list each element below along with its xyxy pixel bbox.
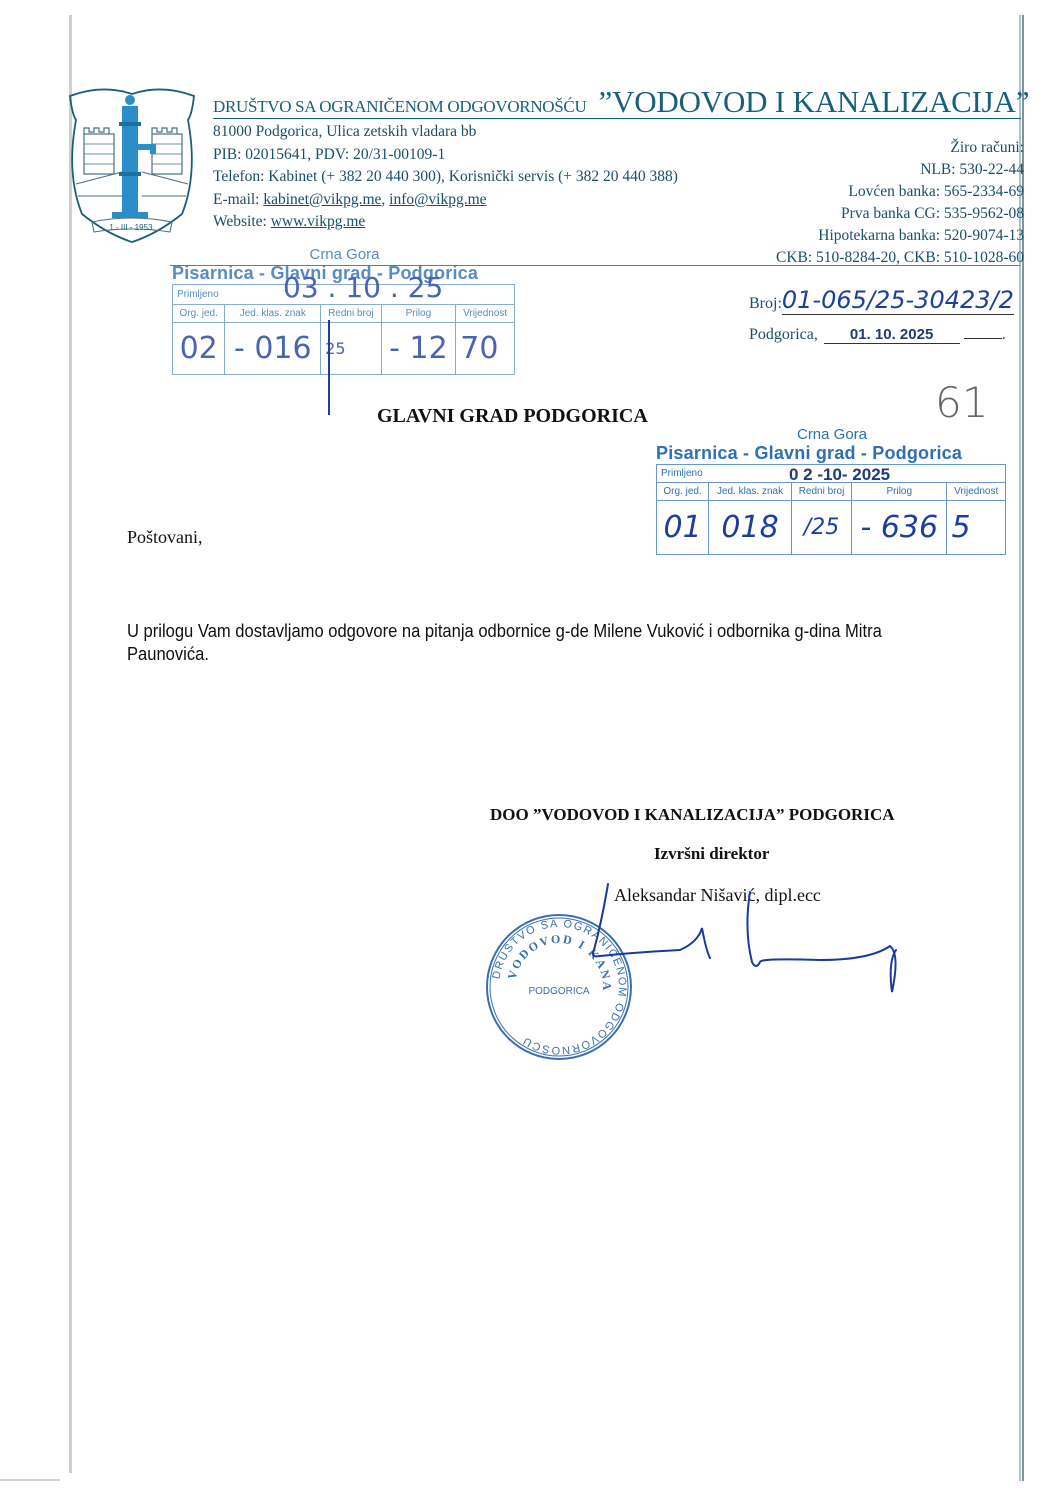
stamp-value: 018 [709, 501, 792, 555]
bank-accounts: Žiro računi: NLB: 530-22-44 Lovćen banka… [776, 137, 1024, 269]
body-paragraph: U prilogu Vam dostavljamo odgovore na pi… [127, 620, 900, 666]
stamp-received-row: Primljeno 0 2 -10- 2025 [657, 465, 1006, 483]
website-link[interactable]: www.vikpg.me [271, 213, 366, 230]
stamp-value: - 12 [381, 323, 456, 375]
company-header: DRUŠTVO SA OGRANIČENOM ODGOVORNOŠĆU ”VOD… [213, 84, 1029, 120]
stamp-value: - 636 [852, 501, 947, 555]
reference-date-value: 01. 10. 2025 [824, 326, 960, 344]
company-tax-ids: PIB: 02015641, PDV: 20/31-00109-1 [213, 144, 678, 167]
stamp-col-header: Redni broj [791, 483, 851, 501]
reference-number: Broj:01-065/25-30423/2 [749, 286, 1014, 314]
signature-role: Izvršni direktor [654, 844, 769, 864]
stamp-col-header: Org. jed. [173, 305, 225, 323]
company-email-line: E-mail: kabinet@vikpg.me, info@vikpg.me [213, 189, 678, 212]
reference-number-value: 01-065/25-30423/2 [782, 286, 1014, 315]
handwritten-signature [580, 880, 920, 1000]
stamp-received-label: Primljeno [177, 289, 219, 300]
reference-number-label: Broj: [749, 295, 782, 312]
company-name: ”VODOVOD I KANALIZACIJA” [598, 84, 1029, 119]
website-label: Website: [213, 213, 267, 230]
stamp-received-date: 03 . 10 . 25 [283, 271, 443, 304]
company-logo: 1 - III - 1953. [62, 84, 202, 244]
company-contact-block: 81000 Podgorica, Ulica zetskih vladara b… [213, 121, 678, 234]
stamp-country: Crna Gora [172, 246, 517, 263]
stamp-col-header: Vrijednost [456, 305, 515, 323]
stamp-col-header: Jed. klas. znak [709, 483, 792, 501]
company-address: 81000 Podgorica, Ulica zetskih vladara b… [213, 121, 678, 144]
stamp-value: - 016 [225, 323, 321, 375]
stamp-table: Primljeno 03 . 10 . 25 Org. jed. Jed. kl… [172, 284, 515, 375]
company-website-line: Website: www.vikpg.me [213, 211, 678, 234]
bank-account: Hipotekarna banka: 520-9074-13 [776, 225, 1024, 247]
recipient: GLAVNI GRAD PODGORICA [377, 405, 648, 428]
stamp-value: 01 [657, 501, 709, 555]
stamp-col-header: Prilog [852, 483, 947, 501]
email-label: E-mail: [213, 191, 260, 208]
page-bottom-edge [0, 1479, 60, 1481]
bank-account: Lovćen banka: 565-2334-69 [776, 181, 1024, 203]
email-link-kabinet[interactable]: kabinet@vikpg.me [263, 191, 381, 208]
stamp-office: Pisarnica - Glavni grad - Podgorica [656, 443, 1008, 464]
stamp-value: 70 [456, 323, 515, 375]
bank-accounts-title: Žiro računi: [776, 137, 1024, 159]
stamp-col-header: Jed. klas. znak [225, 305, 321, 323]
bank-account: NLB: 530-22-44 [776, 159, 1024, 181]
stamp-country: Crna Gora [656, 426, 1008, 443]
greeting: Poštovani, [127, 527, 203, 548]
company-phone: Telefon: Kabinet (+ 382 20 440 300), Kor… [213, 166, 678, 189]
signature-organization: DOO ”VODOVOD I KANALIZACIJA” PODGORICA [490, 805, 895, 825]
bank-account: Prva banka CG: 535-9562-08 [776, 203, 1024, 225]
reference-date: Podgorica,01. 10. 2025. [749, 326, 1006, 344]
water-pump-shield-icon: 1 - III - 1953. [62, 84, 202, 244]
ink-stroke [328, 320, 330, 415]
stamp-col-header: Vrijednost [947, 483, 1006, 501]
stamp-received-row: Primljeno 03 . 10 . 25 [173, 285, 515, 305]
email-link-info[interactable]: info@vikpg.me [389, 191, 486, 208]
stamp-table: Primljeno 0 2 -10- 2025 Org. jed. Jed. k… [656, 464, 1006, 555]
header-divider [213, 118, 1021, 119]
svg-text:1 - III - 1953.: 1 - III - 1953. [109, 223, 154, 232]
registry-stamp-left: Crna Gora Pisarnica - Glavni grad - Podg… [172, 246, 517, 375]
reference-place: Podgorica, [749, 326, 818, 343]
stamp-value: 02 [173, 323, 225, 375]
handwritten-page-number: 61 [935, 378, 988, 427]
registry-stamp-right: Crna Gora Pisarnica - Glavni grad - Podg… [656, 426, 1008, 555]
stamp-value: 5 [947, 501, 1006, 555]
stamp-received-label: Primljeno [661, 468, 703, 479]
date-blank-line [964, 338, 1002, 339]
stamp-received-date: 0 2 -10- 2025 [789, 465, 890, 485]
stamp-value: /25 [791, 501, 851, 555]
stamp-col-header: Org. jed. [657, 483, 709, 501]
company-prefix: DRUŠTVO SA OGRANIČENOM ODGOVORNOŠĆU [213, 97, 586, 116]
stamp-col-header: Prilog [381, 305, 456, 323]
